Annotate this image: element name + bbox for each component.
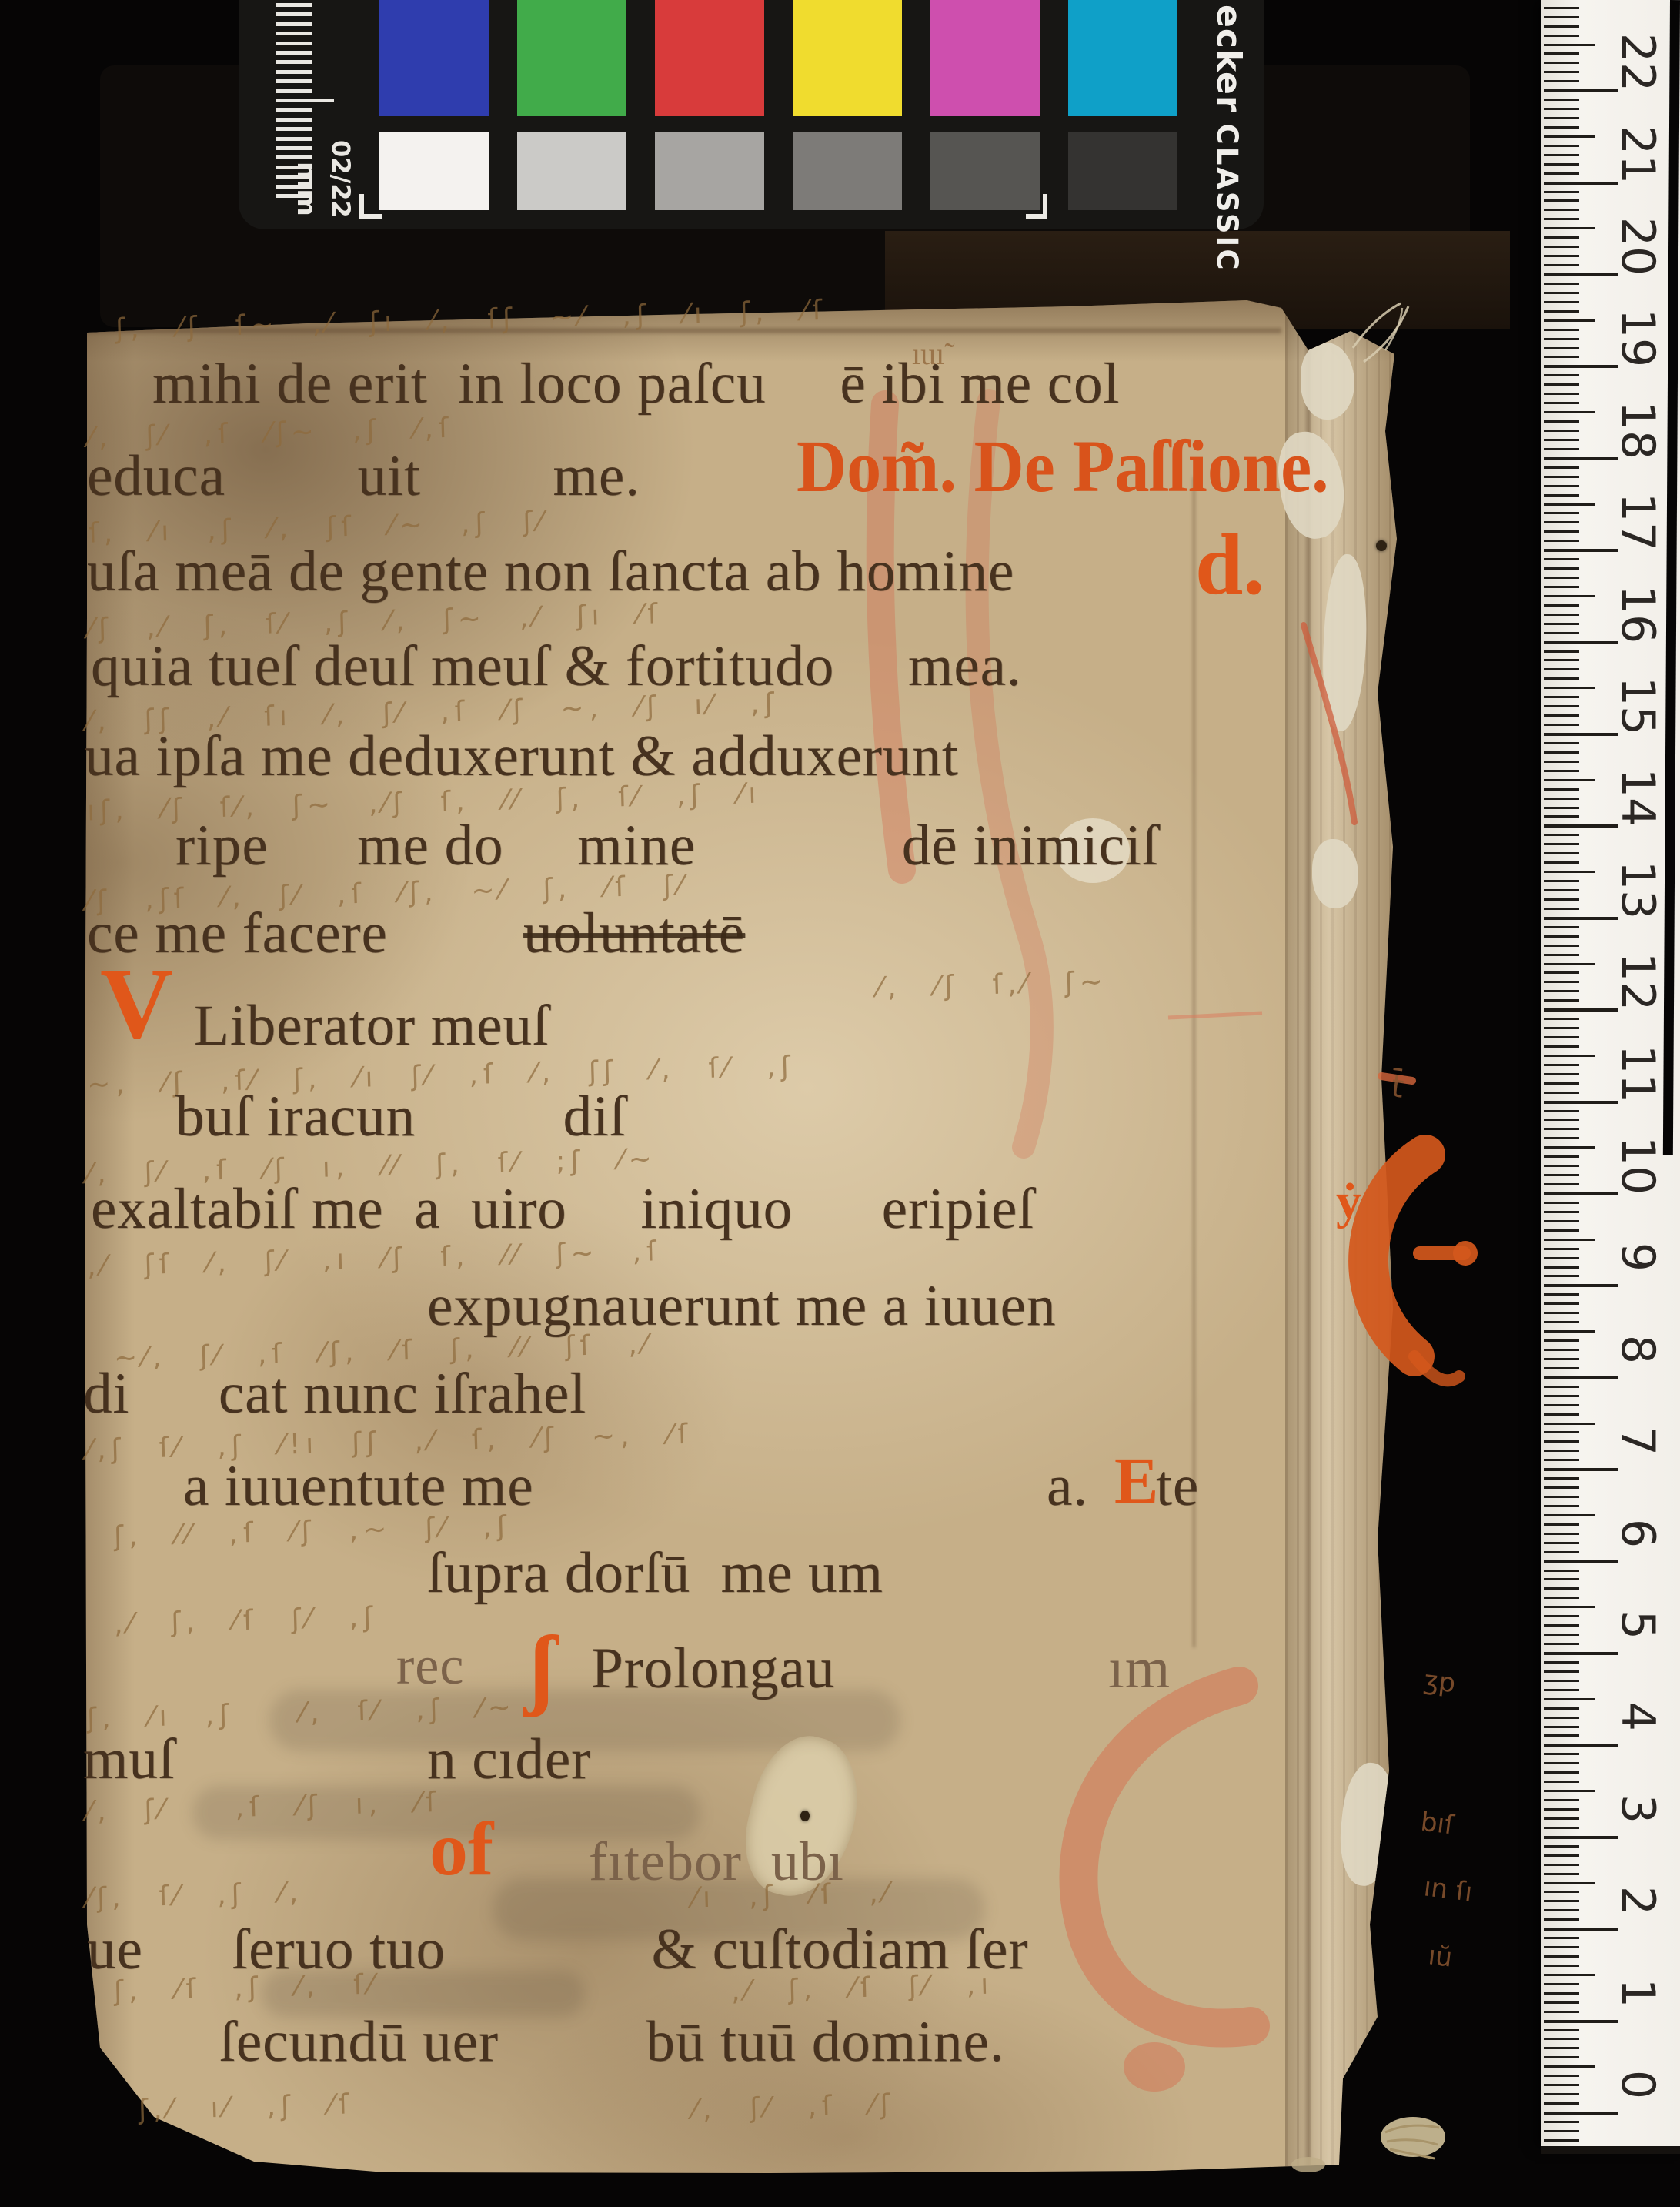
ruler [1541,0,1680,2148]
loose-fiber [1385,308,1402,350]
red-pen-line [1168,1013,1262,1018]
red-offset-ghost [880,404,902,870]
red-initial-e-tail [1414,1356,1459,1380]
red-offset-blob [1124,2042,1185,2092]
red-offset-ghost [977,400,1042,1147]
loose-fiber [1353,303,1401,348]
ghost-marks-overlay [0,0,1680,2207]
photo-stage: mm 02/22 eckerCLASSIC [0,0,1680,2207]
flaked-spot [1056,818,1130,883]
ruler-bottom-edge [1541,2146,1680,2154]
red-initial-e-dot [1453,1241,1478,1266]
red-pen-line [1304,625,1354,822]
red-mark [1381,1076,1412,1081]
sewing-tassel [1291,2157,1325,2172]
sewing-tassel [1381,2117,1445,2157]
red-offset-initial-ghost [1078,1686,1251,2028]
